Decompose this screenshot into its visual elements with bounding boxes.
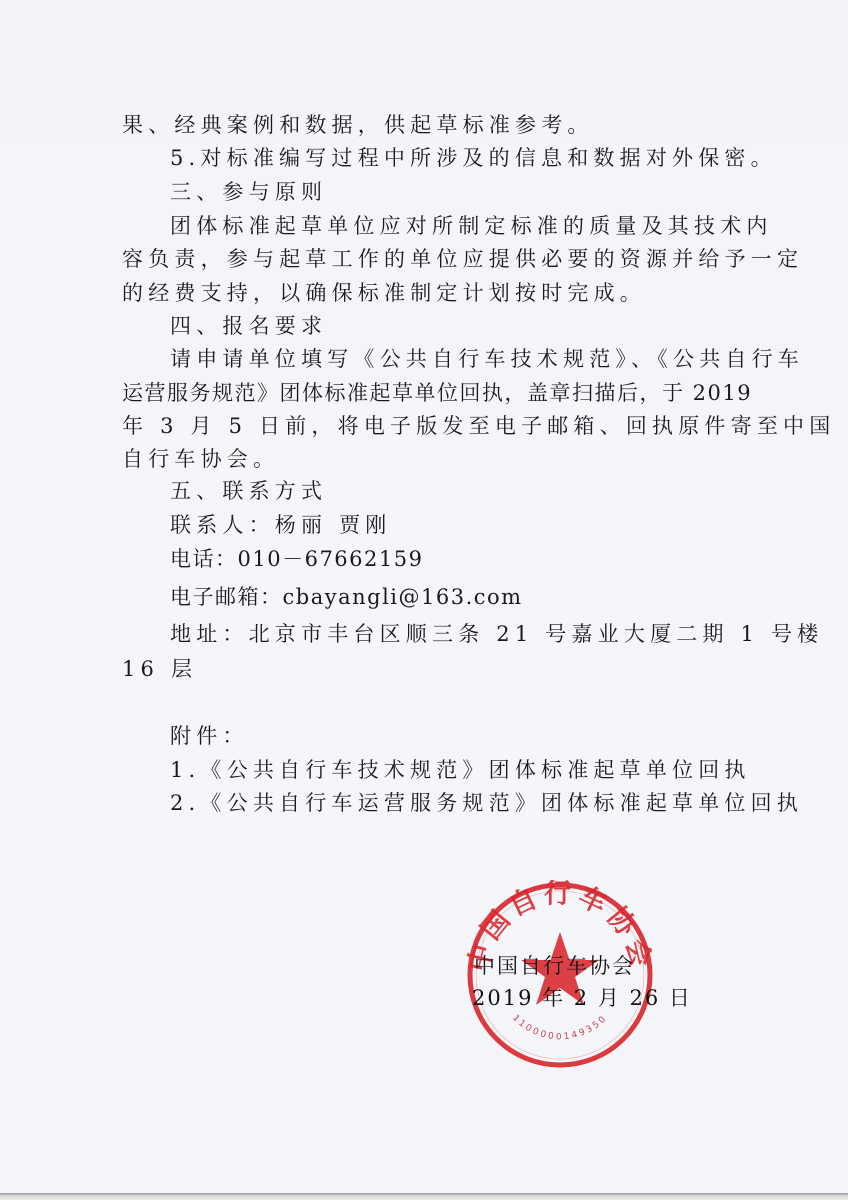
signature-organization: 中国自行车协会 xyxy=(474,953,635,979)
body-line-11: 自行车协会。 xyxy=(122,446,279,472)
body-line-2: 5.对标准编写过程中所涉及的信息和数据对外保密。 xyxy=(170,145,777,171)
contact-person: 联系人：杨丽 贾刚 xyxy=(170,512,391,538)
section-heading-5: 五、联系方式 xyxy=(170,478,327,504)
contact-address-line-2: 16 层 xyxy=(122,656,197,682)
section-heading-3: 三、参与原则 xyxy=(170,179,327,205)
attachment-item-1: 1.《公共自行车技术规范》团体标准起草单位回执 xyxy=(170,757,751,783)
scan-edge-divider xyxy=(0,1193,848,1200)
attachments-heading: 附件： xyxy=(170,723,249,749)
body-line-1: 果、经典案例和数据，供起草标准参考。 xyxy=(122,112,594,138)
attachment-item-2: 2.《公共自行车运营服务规范》团体标准起草单位回执 xyxy=(170,790,803,816)
body-line-5: 容负责，参与起草工作的单位应提供必要的资源并给予一定 xyxy=(122,246,803,272)
document-page: 果、经典案例和数据，供起草标准参考。 5.对标准编写过程中所涉及的信息和数据对外… xyxy=(0,0,848,1200)
contact-email: 电子邮箱：cbayangli@163.com xyxy=(170,584,523,610)
body-line-6: 的经费支持，以确保标准制定计划按时完成。 xyxy=(122,280,646,306)
body-line-10: 年 3 月 5 日前，将电子版发至电子邮箱、回执原件寄至中国 xyxy=(122,413,835,439)
contact-address-line-1: 地址：北京市丰台区顺三条 21 号嘉业大厦二期 1 号楼 xyxy=(170,621,823,647)
body-line-8: 请申请单位填写《公共自行车技术规范》、《公共自行车 xyxy=(170,346,804,372)
contact-phone: 电话：010－67662159 xyxy=(170,546,423,572)
section-heading-4: 四、报名要求 xyxy=(170,313,327,339)
body-line-9: 运营服务规范》团体标准起草单位回执，盖章扫描后，于 2019 xyxy=(122,380,752,406)
svg-text:1100000149350: 1100000149350 xyxy=(510,1013,610,1042)
seal-serial-number: 1100000149350 xyxy=(510,1013,610,1042)
body-line-4: 团体标准起草单位应对所制定标准的质量及其技术内 xyxy=(170,213,773,239)
signature-date: 2019 年 2 月 26 日 xyxy=(472,985,692,1011)
